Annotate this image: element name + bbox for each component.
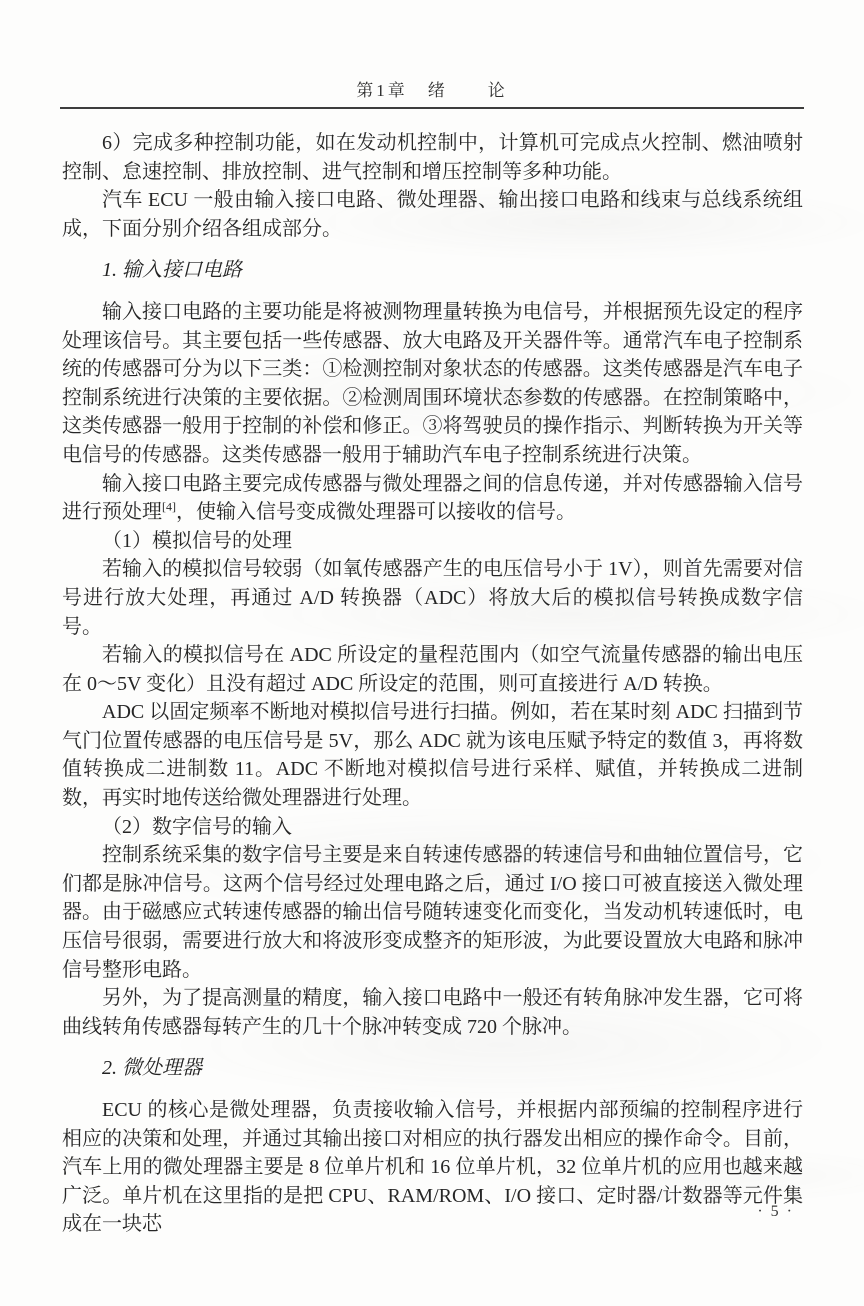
running-head: 第1章 绪 论 — [60, 76, 804, 109]
page-number: · 5 · — [757, 1203, 794, 1221]
paragraph-digital-signals: 控制系统采集的数字信号主要是来自转速传感器的转速信号和曲轴位置信号，它们都是脉冲… — [62, 841, 803, 984]
chapter-title: 第1章 绪 论 — [356, 81, 508, 100]
subsection-heading-analog-signal: （1）模拟信号的处理 — [62, 527, 803, 556]
footnote-reference: [4] — [162, 499, 176, 513]
paragraph-weak-analog-signal: 若输入的模拟信号较弱（如氧传感器产生的电压信号小于 1V），则首先需要对信号进行… — [62, 555, 803, 641]
section-heading-microprocessor: 2. 微处理器 — [62, 1054, 803, 1083]
paragraph-sensor-types: 输入接口电路的主要功能是将被测物理量转换为电信号，并根据预先设定的程序处理该信号… — [62, 298, 803, 470]
paragraph-signal-preprocessing: 输入接口电路主要完成传感器与微处理器之间的信息传递，并对传感器输入信号进行预处理… — [62, 470, 803, 527]
paragraph-microprocessor: ECU 的核心是微处理器，负责接收输入信号，并根据内部预编的控制程序进行相应的决… — [62, 1096, 803, 1239]
footnote-paragraph-after: ，使输入信号变成微处理器可以接收的信号。 — [176, 501, 576, 523]
header-rule — [60, 107, 804, 109]
book-page: 第1章 绪 论 6）完成多种控制功能，如在发动机控制中，计算机可完成点火控制、燃… — [0, 0, 864, 1306]
paragraph-adc-range: 若输入的模拟信号在 ADC 所设定的量程范围内（如空气流量传感器的输出电压在 0… — [62, 641, 803, 698]
paragraph-adc-scanning: ADC 以固定频率不断地对模拟信号进行扫描。例如，若在某时刻 ADC 扫描到节气… — [62, 698, 803, 812]
subsection-heading-digital-signal: （2）数字信号的输入 — [62, 813, 803, 842]
paragraph-pulse-generator: 另外，为了提高测量的精度，输入接口电路中一般还有转角脉冲发生器，它可将曲线转角传… — [62, 984, 803, 1041]
paragraph-control-functions: 6）完成多种控制功能，如在发动机控制中，计算机可完成点火控制、燃油喷射控制、怠速… — [62, 129, 803, 186]
page-body: 6）完成多种控制功能，如在发动机控制中，计算机可完成点火控制、燃油喷射控制、怠速… — [62, 129, 803, 1239]
section-heading-input-interface: 1. 输入接口电路 — [62, 256, 803, 285]
paragraph-ecu-composition: 汽车 ECU 一般由输入接口电路、微处理器、输出接口电路和线束与总线系统组成，下… — [62, 186, 803, 243]
